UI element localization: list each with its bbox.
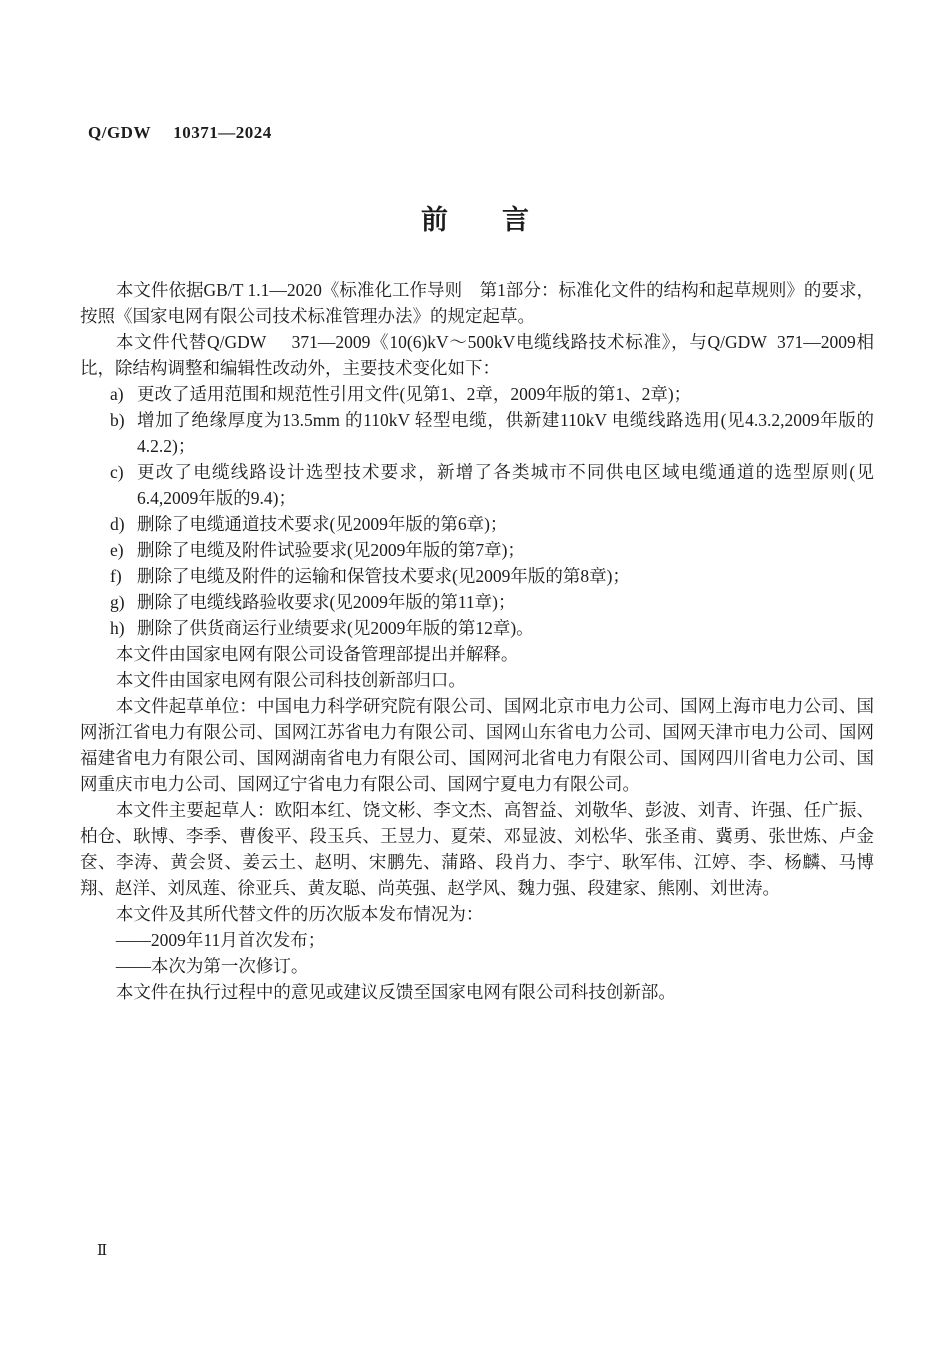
paragraph-centralized: 本文件由国家电网有限公司科技创新部归口。 bbox=[80, 667, 874, 693]
paragraph-feedback: 本文件在执行过程中的意见或建议反馈至国家电网有限公司科技创新部。 bbox=[80, 979, 874, 1005]
item-text: 删除了电缆及附件的运输和保管技术要求(见2009年版的第8章)； bbox=[137, 566, 630, 586]
paragraph-basis: 本文件依据GB/T 1.1—2020《标准化工作导则 第1部分：标准化文件的结构… bbox=[80, 277, 874, 329]
item-text: 更改了适用范围和规范性引用文件(见第1、2章，2009年版的第1、2章)； bbox=[137, 384, 691, 404]
page-number: Ⅱ bbox=[97, 1241, 107, 1260]
change-item: a) 更改了适用范围和规范性引用文件(见第1、2章，2009年版的第1、2章)； bbox=[80, 381, 874, 407]
item-marker: f) bbox=[110, 563, 122, 589]
foreword-body: 本文件依据GB/T 1.1—2020《标准化工作导则 第1部分：标准化文件的结构… bbox=[80, 277, 874, 1005]
item-marker: c) bbox=[110, 459, 124, 485]
item-marker: h) bbox=[110, 615, 125, 641]
history-item-first-revision: ——本次为第一次修订。 bbox=[80, 953, 874, 979]
item-marker: g) bbox=[110, 589, 125, 615]
paragraph-drafters: 本文件主要起草人：欧阳本红、饶文彬、李文杰、高智益、刘敬华、彭波、刘青、许强、任… bbox=[80, 797, 874, 901]
change-item: g) 删除了电缆线路验收要求(见2009年版的第11章)； bbox=[80, 589, 874, 615]
paragraph-history-intro: 本文件及其所代替文件的历次版本发布情况为： bbox=[80, 901, 874, 927]
change-item: d) 删除了电缆通道技术要求(见2009年版的第6章)； bbox=[80, 511, 874, 537]
change-item: b) 增加了绝缘厚度为13.5mm 的110kV 轻型电缆，供新建110kV 电… bbox=[80, 407, 874, 459]
paragraph-drafting-orgs: 本文件起草单位：中国电力科学研究院有限公司、国网北京市电力公司、国网上海市电力公… bbox=[80, 693, 874, 797]
item-text: 更改了电缆线路设计选型技术要求，新增了各类城市不同供电区域电缆通道的选型原则(见… bbox=[137, 462, 874, 508]
change-item: c) 更改了电缆线路设计选型技术要求，新增了各类城市不同供电区域电缆通道的选型原… bbox=[80, 459, 874, 511]
history-item-first-release: ——2009年11月首次发布； bbox=[80, 927, 874, 953]
document-page: Q/GDW 10371—2024 前 言 本文件依据GB/T 1.1—2020《… bbox=[0, 0, 950, 1345]
item-text: 删除了电缆线路验收要求(见2009年版的第11章)； bbox=[137, 592, 516, 612]
foreword-title: 前 言 bbox=[0, 198, 950, 237]
item-text: 删除了电缆及附件试验要求(见2009年版的第7章)； bbox=[137, 540, 525, 560]
changes-list: a) 更改了适用范围和规范性引用文件(见第1、2章，2009年版的第1、2章)；… bbox=[80, 381, 874, 641]
item-marker: b) bbox=[110, 407, 125, 433]
paragraph-replaces: 本文件代替Q/GDW 371—2009《10(6)kV～500kV电缆线路技术标… bbox=[80, 329, 874, 381]
item-marker: e) bbox=[110, 537, 124, 563]
item-marker: d) bbox=[110, 511, 125, 537]
item-marker: a) bbox=[110, 381, 124, 407]
item-text: 删除了供货商运行业绩要求(见2009年版的第12章)。 bbox=[137, 618, 534, 638]
item-text: 增加了绝缘厚度为13.5mm 的110kV 轻型电缆，供新建110kV 电缆线路… bbox=[137, 410, 874, 456]
item-text: 删除了电缆通道技术要求(见2009年版的第6章)； bbox=[137, 514, 507, 534]
change-item: e) 删除了电缆及附件试验要求(见2009年版的第7章)； bbox=[80, 537, 874, 563]
change-item: h) 删除了供货商运行业绩要求(见2009年版的第12章)。 bbox=[80, 615, 874, 641]
paragraph-issuer: 本文件由国家电网有限公司设备管理部提出并解释。 bbox=[80, 641, 874, 667]
change-item: f) 删除了电缆及附件的运输和保管技术要求(见2009年版的第8章)； bbox=[80, 563, 874, 589]
doc-number: Q/GDW 10371—2024 bbox=[88, 123, 272, 143]
